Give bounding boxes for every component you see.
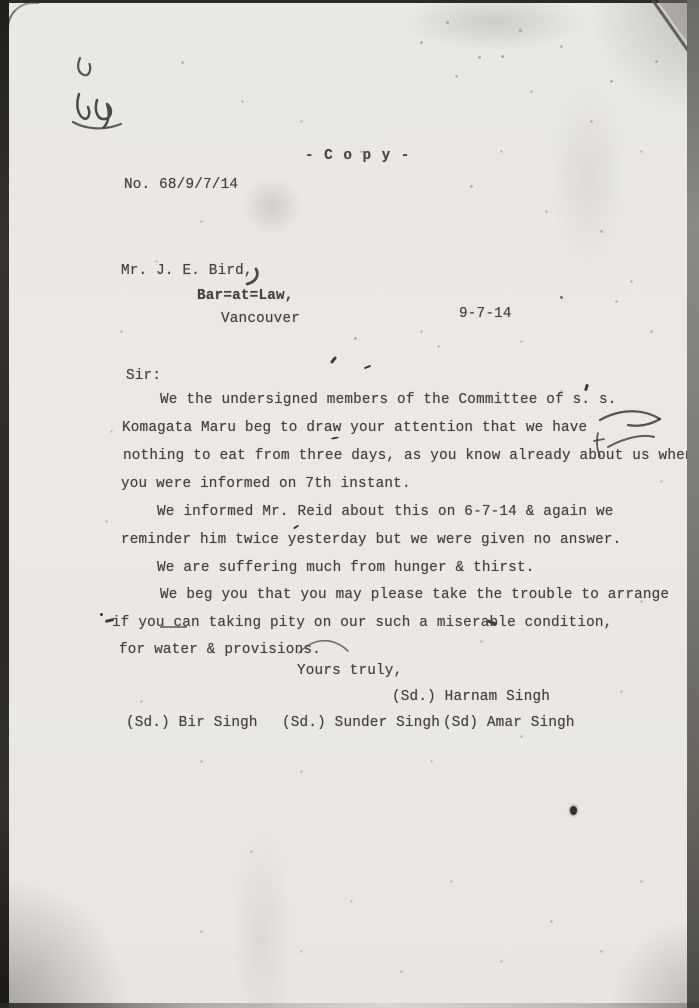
ink-speck	[364, 365, 371, 369]
closing: Yours truly,	[297, 662, 402, 680]
pen-hook-mark	[74, 55, 96, 81]
ink-dot-mark	[570, 806, 577, 815]
body-line: if you can taking pity on our such a mis…	[112, 614, 612, 632]
scan-edge-right	[687, 0, 699, 1008]
body-line: for water & provisions.	[119, 641, 321, 659]
ink-speck	[293, 525, 299, 530]
body-line: you were informed on 7th instant.	[121, 475, 411, 493]
letter-date: 9-7-14	[459, 305, 512, 323]
ink-speck	[330, 356, 337, 364]
signature-amar: (Sd) Amar Singh	[443, 714, 575, 732]
scan-edge-left	[0, 0, 9, 1008]
scan-edge-bottom	[0, 1003, 699, 1008]
body-line: We beg you that you may please take the …	[160, 586, 669, 604]
body-line: We are suffering much from hunger & thir…	[157, 559, 535, 577]
recipient-city: Vancouver	[221, 310, 300, 328]
reference-number: No. 68/9/7/14	[124, 176, 238, 194]
body-line: We informed Mr. Reid about this on 6-7-1…	[157, 503, 614, 521]
body-line: Komagata Maru beg to draw your attention…	[122, 419, 587, 437]
page-corner-curve	[7, 2, 39, 116]
body-line: We the undersigned members of the Commit…	[160, 391, 617, 409]
copy-heading: - C o p y -	[305, 147, 410, 165]
body-line: nothing to eat from three days, as you k…	[123, 447, 694, 465]
recipient-name: Mr. J. E. Bird,	[121, 262, 253, 280]
pen-scribble-mark	[68, 88, 126, 136]
signature-sunder: (Sd.) Sunder Singh	[282, 714, 440, 732]
pen-dash-dot-mark	[100, 613, 103, 616]
salutation: Sir:	[126, 367, 161, 385]
signature-harnam: (Sd.) Harnam Singh	[392, 688, 550, 706]
scanned-letter-page: - C o p y - No. 68/9/7/14 Mr. J. E. Bird…	[0, 0, 699, 1008]
scan-edge-top	[0, 0, 699, 3]
recipient-title: Bar=at=Law,	[197, 287, 294, 305]
ink-speck	[560, 296, 563, 299]
signature-bir: (Sd.) Bir Singh	[126, 714, 258, 732]
body-line: reminder him twice yesterday but we were…	[121, 531, 621, 549]
